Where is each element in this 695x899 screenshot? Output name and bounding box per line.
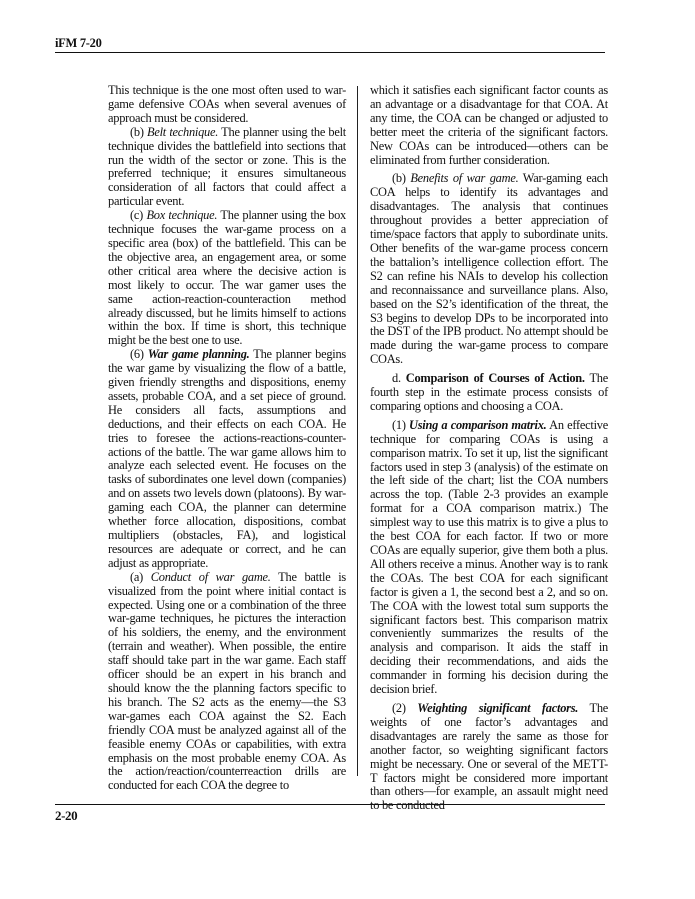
item-title: Weighting significant factors. — [417, 701, 578, 715]
item-title: Benefits of war game. — [410, 171, 518, 185]
column-divider — [357, 86, 358, 776]
item-title: Conduct of war game. — [151, 570, 271, 584]
item-body: The battle is visualized from the point … — [108, 570, 346, 793]
running-header: iFM 7-20 — [55, 36, 605, 51]
item-label: (1) — [392, 418, 409, 432]
paragraph-benefits-of-war-game: (b) Benefits of war game. War-gaming eac… — [370, 172, 608, 367]
paragraph-continuation: which it satisfies each significant fact… — [370, 84, 608, 167]
right-column: which it satisfies each significant fact… — [370, 84, 608, 813]
item-title: Box technique. — [146, 208, 217, 222]
section-title: Comparison of Courses of Action. — [406, 371, 585, 385]
item-label: (2) — [392, 701, 417, 715]
item-title: Belt technique. — [147, 125, 218, 139]
item-body: The planner using the box technique focu… — [108, 208, 346, 347]
item-label: (6) — [130, 347, 148, 361]
paragraph-comparison-matrix: (1) Using a comparison matrix. An effect… — [370, 419, 608, 697]
paragraph-war-game-planning: (6) War game planning. The planner begin… — [108, 348, 346, 571]
paragraph-belt-technique: (b) Belt technique. The planner using th… — [108, 126, 346, 209]
left-column: This technique is the one most often use… — [108, 84, 346, 793]
item-body: The planner begins the war game by visua… — [108, 347, 346, 570]
item-label: (b) — [130, 125, 147, 139]
item-title: War game planning. — [148, 347, 250, 361]
item-title: Using a comparison matrix. — [409, 418, 546, 432]
footer-rule — [55, 804, 605, 805]
item-label: d. — [392, 371, 406, 385]
header-rule — [55, 52, 605, 53]
page-number: 2-20 — [55, 808, 77, 824]
item-body: War-gaming each COA helps to identify it… — [370, 171, 608, 366]
paragraph-box-technique: (c) Box technique. The planner using the… — [108, 209, 346, 348]
item-body: The weights of one factor’s advantages a… — [370, 701, 608, 812]
paragraph-continuation: This technique is the one most often use… — [108, 84, 346, 126]
item-body: An effective technique for comparing COA… — [370, 418, 608, 696]
paragraph-comparison-of-coas: d. Comparison of Courses of Action. The … — [370, 372, 608, 414]
item-label: (b) — [392, 171, 410, 185]
item-label: (a) — [130, 570, 151, 584]
paragraph-conduct-of-war-game: (a) Conduct of war game. The battle is v… — [108, 571, 346, 794]
item-label: (c) — [130, 208, 146, 222]
paragraph-weighting-factors: (2) Weighting significant factors. The w… — [370, 702, 608, 813]
